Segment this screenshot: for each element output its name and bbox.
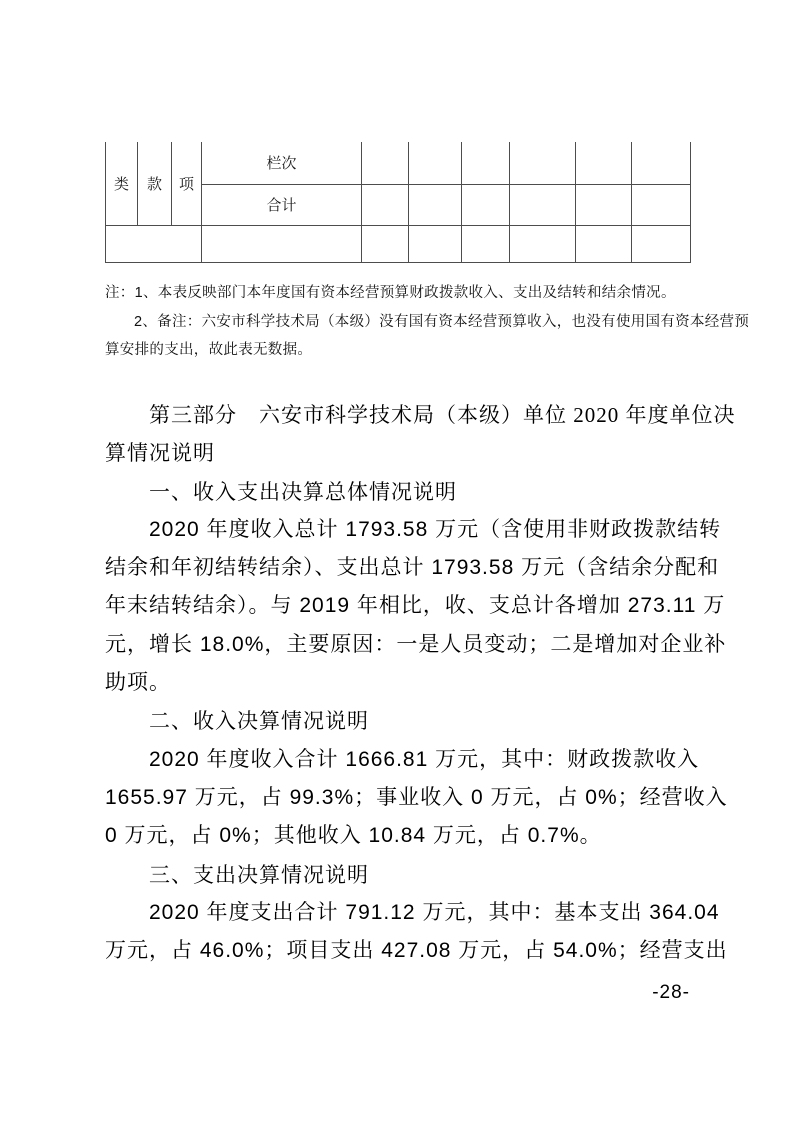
section-1-paragraph-line: 助项。: [105, 664, 725, 702]
section-1-paragraph-line: 年末结转结余）。与 2019 年相比，收、支总计各增加 273.11 万: [105, 587, 725, 625]
table-cell-empty: [362, 142, 409, 184]
section-2-paragraph-line: 0 万元，占 0%；其他收入 10.84 万元，占 0.7%。: [105, 817, 725, 855]
table-header-kuan: 款: [138, 142, 172, 225]
table-cell-empty: [576, 142, 632, 184]
table-cell-empty: [576, 225, 632, 262]
table-cell-empty: [632, 184, 691, 225]
table-notes: 注：1、本表反映部门本年度国有资本经营预算财政拨款收入、支出及结转和结余情况。 …: [105, 279, 705, 365]
section-1-paragraph-line: 2020 年度收入总计 1793.58 万元（含使用非财政拨款结转: [105, 511, 725, 549]
table-cell-empty: [462, 142, 510, 184]
table-row-header-heji: 合计: [202, 184, 362, 225]
table-cell-empty: [462, 184, 510, 225]
section-2-title: 二、收入决算情况说明: [105, 702, 725, 740]
part-heading-line-2: 算情况说明: [105, 434, 725, 472]
table-cell-empty: [409, 142, 462, 184]
section-1-title: 一、收入支出决算总体情况说明: [105, 473, 725, 511]
table-cell-empty: [632, 225, 691, 262]
table-header-lei: 类: [106, 142, 138, 225]
section-1-paragraph-line: 元，增长 18.0%，主要原因：一是人员变动；二是增加对企业补: [105, 626, 725, 664]
table-cell-empty: [362, 225, 409, 262]
part-heading-line-1: 第三部分 六安市科学技术局（本级）单位 2020 年度单位决: [105, 396, 725, 434]
state-capital-budget-table: 类 款 项 栏次 合计: [105, 142, 691, 263]
table-cell-empty: [106, 225, 202, 262]
section-3-paragraph-line: 2020 年度支出合计 791.12 万元，其中：基本支出 364.04: [105, 894, 725, 932]
table-cell-empty: [362, 184, 409, 225]
page-number: -28-: [105, 982, 690, 1004]
table-cell-empty: [409, 184, 462, 225]
note-line-1: 注：1、本表反映部门本年度国有资本经营预算财政拨款收入、支出及结转和结余情况。: [105, 279, 705, 308]
table-cell-empty: [510, 142, 576, 184]
section-1-paragraph-line: 结余和年初结转结余）、支出总计 1793.58 万元（含结余分配和: [105, 549, 725, 587]
table-cell-empty: [462, 225, 510, 262]
note-line-2: 2、备注：六安市科学技术局（本级）没有国有资本经营预算收入，也没有使用国有资本经…: [105, 308, 705, 337]
table-header-xiang: 项: [172, 142, 202, 225]
table-cell-empty: [632, 142, 691, 184]
table-cell-empty: [510, 184, 576, 225]
table-cell-empty: [576, 184, 632, 225]
table-cell-empty: [202, 225, 362, 262]
section-3-title: 三、支出决算情况说明: [105, 856, 725, 894]
table-cell-empty: [409, 225, 462, 262]
section-2-paragraph-line: 2020 年度收入合计 1666.81 万元，其中：财政拨款收入: [105, 741, 725, 779]
table-header-lanci: 栏次: [202, 142, 362, 184]
section-3-paragraph-line: 万元，占 46.0%；项目支出 427.08 万元，占 54.0%；经营支出: [105, 932, 725, 970]
document-page: 类 款 项 栏次 合计: [0, 0, 793, 1122]
note-line-3: 算安排的支出，故此表无数据。: [105, 336, 705, 365]
table-cell-empty: [510, 225, 576, 262]
section-2-paragraph-line: 1655.97 万元，占 99.3%；事业收入 0 万元，占 0%；经营收入: [105, 779, 725, 817]
body-text: 第三部分 六安市科学技术局（本级）单位 2020 年度单位决 算情况说明 一、收…: [105, 396, 725, 970]
